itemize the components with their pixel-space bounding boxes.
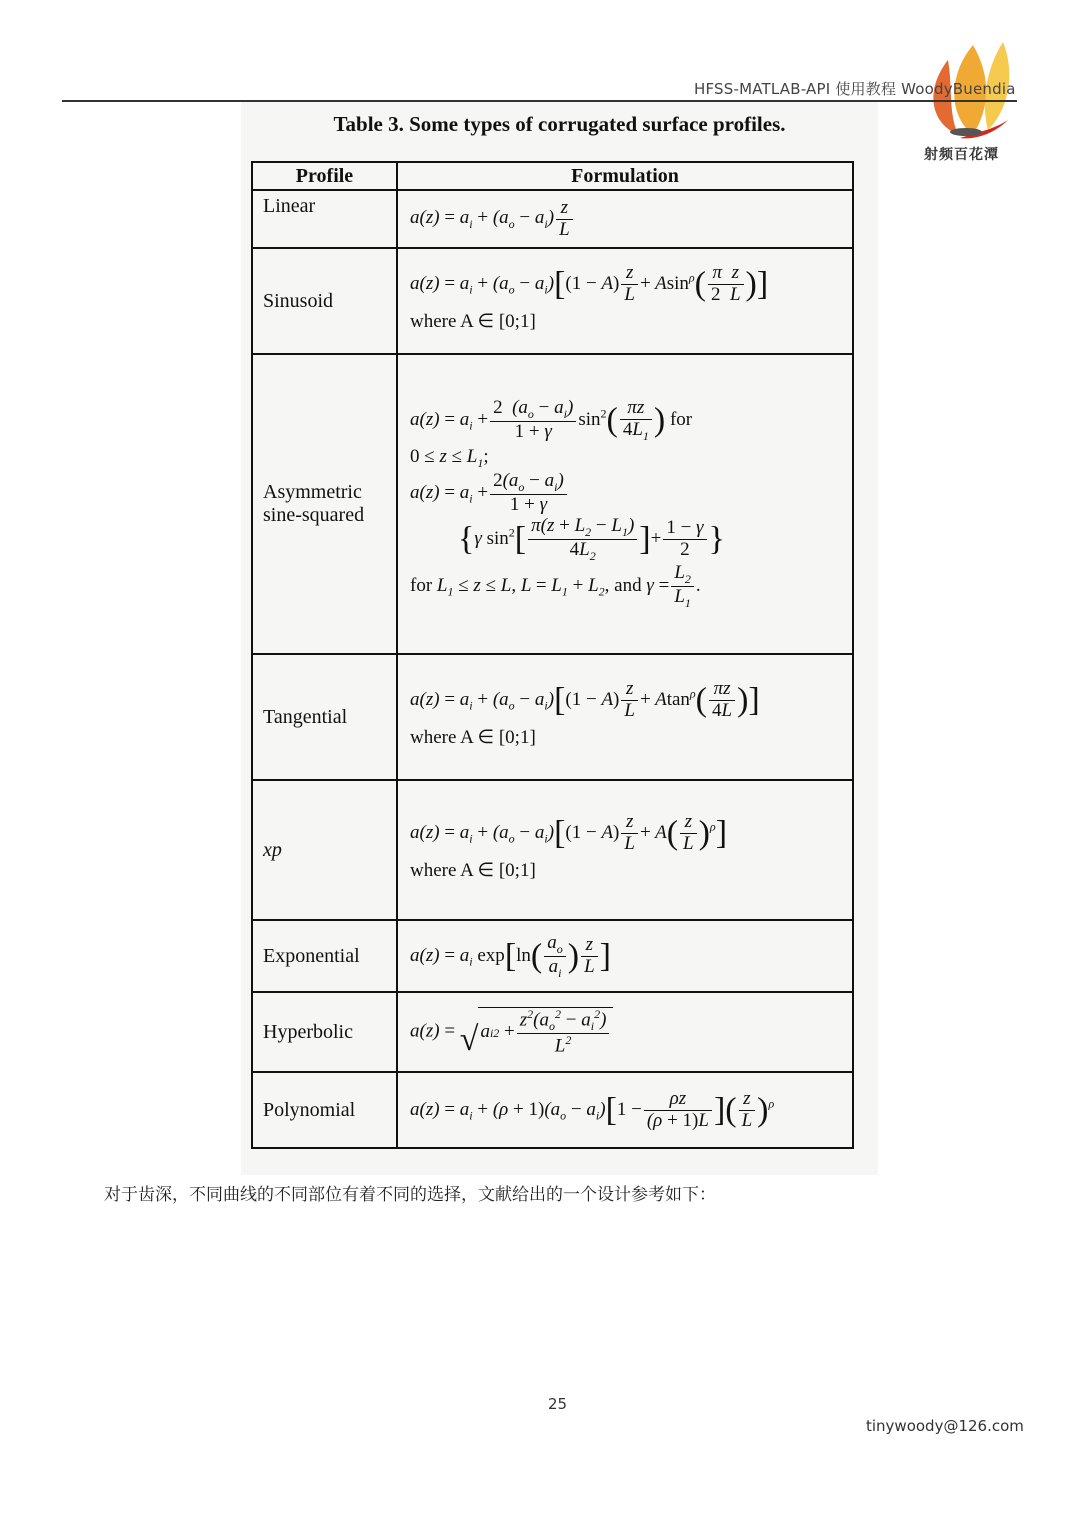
footer-email: tinywoody@126.com — [866, 1417, 1024, 1435]
formula-hyperbolic: a(z) = √ai2 +z2(ao2 − ai2)L2 — [397, 992, 853, 1072]
formula-exponential: a(z) = ai exp[ln(aoai)zL] — [397, 920, 853, 992]
header-divider — [62, 100, 1017, 102]
profile-name: xp — [252, 780, 397, 920]
where-clause: where A ∈ [0;1] — [410, 722, 851, 754]
profile-name: Exponential — [252, 920, 397, 992]
column-header-formulation: Formulation — [397, 162, 853, 190]
table-row: Tangential a(z) = ai + (ao − ai)[(1 − A)… — [252, 654, 853, 780]
formula-asymmetric-sine-squared: a(z) = ai +2 (ao − ai)1 + γsin2(πz4L1) f… — [397, 354, 853, 654]
column-header-profile: Profile — [252, 162, 397, 190]
table-row: Sinusoid a(z) = ai + (ao − ai)[(1 − A)zL… — [252, 248, 853, 354]
formula-linear: a(z) = ai + (ao − ai)zL — [397, 190, 853, 248]
formula-xp: a(z) = ai + (ao − ai)[(1 − A)zL+ A(zL)ρ]… — [397, 780, 853, 920]
table-row: Linear a(z) = ai + (ao − ai)zL — [252, 190, 853, 248]
profile-name: Tangential — [252, 654, 397, 780]
where-clause: where A ∈ [0;1] — [410, 306, 851, 338]
table-row: xp a(z) = ai + (ao − ai)[(1 − A)zL+ A(zL… — [252, 780, 853, 920]
page-number: 25 — [548, 1395, 567, 1413]
formula-tangential: a(z) = ai + (ao − ai)[(1 − A)zL+ Atanρ(π… — [397, 654, 853, 780]
table-row: Polynomial a(z) = ai + (ρ + 1)(ao − ai)[… — [252, 1072, 853, 1148]
document-header-title: HFSS-MATLAB-API 使用教程 WoodyBuendia — [694, 78, 1016, 99]
profile-name: Hyperbolic — [252, 992, 397, 1072]
profile-name: Polynomial — [252, 1072, 397, 1148]
table-row: Asymmetric sine-squared a(z) = ai +2 (ao… — [252, 354, 853, 654]
table-row: Exponential a(z) = ai exp[ln(aoai)zL] — [252, 920, 853, 992]
profile-name: Asymmetric sine-squared — [252, 354, 397, 654]
where-clause: where A ∈ [0;1] — [410, 855, 851, 887]
body-paragraph: 对于齿深，不同曲线的不同部位有着不同的选择，文献给出的一个设计参考如下： — [104, 1180, 716, 1205]
profile-name: Sinusoid — [252, 248, 397, 354]
table-title: Table 3. Some types of corrugated surfac… — [241, 112, 878, 137]
formula-sinusoid: a(z) = ai + (ao − ai)[(1 − A)zL+ Asinρ(π… — [397, 248, 853, 354]
profile-name: Linear — [252, 190, 397, 248]
formula-polynomial: a(z) = ai + (ρ + 1)(ao − ai)[1 −ρz(ρ + 1… — [397, 1072, 853, 1148]
profiles-table: Profile Formulation Linear a(z) = ai + (… — [251, 161, 854, 1149]
table-row: Hyperbolic a(z) = √ai2 +z2(ao2 − ai2)L2 — [252, 992, 853, 1072]
logo-caption: 射频百花潭 — [924, 144, 999, 164]
